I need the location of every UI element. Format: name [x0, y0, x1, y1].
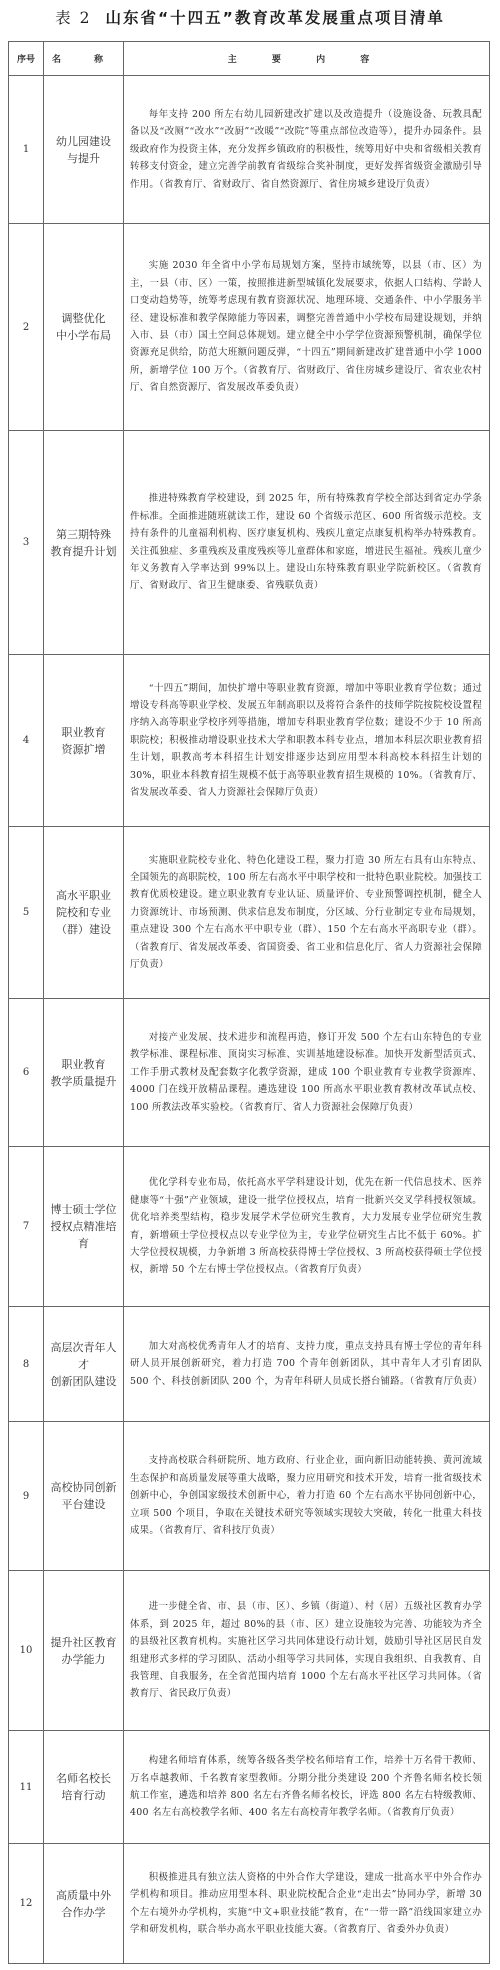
project-content-text: 对接产业发展、技术进步和流程再造，修订开发 500 个左右山东特色的专业教学标准…	[130, 1029, 482, 1116]
project-name-line: （群）建设	[46, 921, 121, 938]
project-content: 支持高校联合科研院所、地方政府、行业企业，面向新旧动能转换、黄河流域生态保护和高…	[124, 1422, 490, 1571]
project-name: 职业教育资源扩增	[44, 655, 124, 827]
table-label: 表 2	[55, 9, 91, 27]
table-row: 5高水平职业院校和专业（群）建设实施职业院校专业化、特色化建设工程，聚力打造 3…	[9, 827, 490, 999]
table-row: 1幼儿园建设与提升每年支持 200 所左右幼儿园新建改扩建以及改造提升（设施设备…	[9, 76, 490, 224]
project-content: 每年支持 200 所左右幼儿园新建改扩建以及改造提升（设施设备、玩教具配备以及“…	[124, 76, 490, 224]
project-name-line: 教学质量提升	[46, 1073, 121, 1090]
project-content-text: 支持高校联合科研院所、地方政府、行业企业，面向新旧动能转换、黄河流域生态保护和高…	[130, 1452, 482, 1539]
project-content-text: “十四五”期间，加快扩增中等职业教育资源，增加中等职业教育学位数；通过增设专科高…	[130, 680, 482, 802]
project-name-line: 幼儿园建设	[46, 133, 121, 150]
project-content: 构建名师培育体系，统筹各级各类学校名师培育工作，培养十万名骨干教师、万名卓越教师…	[124, 1731, 490, 1844]
project-name-line: 创新团队建设	[46, 1373, 121, 1390]
project-content-text: 实施职业院校专业化、特色化建设工程，聚力打造 30 所左右具有山东特点、全国领先…	[130, 852, 482, 974]
project-name: 职业教育教学质量提升	[44, 999, 124, 1147]
project-name-line: 高层次青年人才	[46, 1339, 121, 1373]
header-content: 主 要 内 容	[124, 42, 490, 76]
project-content-text: 推进特殊教育学校建设，到 2025 年，所有特殊教育学校全部达到省定办学条件标准…	[130, 490, 482, 594]
header-no: 序号	[9, 42, 44, 76]
project-name: 博士硕士学位授权点精准培育	[44, 1147, 124, 1307]
project-content: 加大对高校优秀青年人才的培育、支持力度，重点支持具有博士学位的青年科研人员开展创…	[124, 1307, 490, 1422]
table-row: 7博士硕士学位授权点精准培育优化学科专业布局，依托高水平学科建设计划，优先在新一…	[9, 1147, 490, 1307]
document-title: 表 2山东省“十四五”教育改革发展重点项目清单	[0, 6, 500, 28]
project-name-line: 高水平职业	[46, 887, 121, 904]
project-content: 实施职业院校专业化、特色化建设工程，聚力打造 30 所左右具有山东特点、全国领先…	[124, 827, 490, 999]
project-name: 调整优化中小学布局	[44, 224, 124, 431]
project-name: 高层次青年人才创新团队建设	[44, 1307, 124, 1422]
project-content: “十四五”期间，加快扩增中等职业教育资源，增加中等职业教育学位数；通过增设专科高…	[124, 655, 490, 827]
project-name-line: 职业教育	[46, 1056, 121, 1073]
project-content-text: 积极推进具有独立法人资格的中外合作大学建设，建成一批高水平中外合作办学机构和项目…	[130, 1869, 482, 1939]
project-name-line: 中小学布局	[46, 327, 121, 344]
project-name-line: 资源扩增	[46, 741, 121, 758]
project-name-line: 与提升	[46, 150, 121, 167]
row-number: 5	[9, 827, 44, 999]
project-name-line: 办学能力	[46, 1651, 121, 1668]
row-number: 6	[9, 999, 44, 1147]
project-content-text: 每年支持 200 所左右幼儿园新建改扩建以及改造提升（设施设备、玩教具配备以及“…	[130, 106, 482, 193]
table-row: 4职业教育资源扩增“十四五”期间，加快扩增中等职业教育资源，增加中等职业教育学位…	[9, 655, 490, 827]
project-name-line: 平台建设	[46, 1496, 121, 1513]
project-content: 进一步健全省、市、县（市、区）、乡镇（街道）、村（居）五级社区教育办学体系，到 …	[124, 1571, 490, 1731]
table-row: 6职业教育教学质量提升对接产业发展、技术进步和流程再造，修订开发 500 个左右…	[9, 999, 490, 1147]
project-name-line: 名师名校长	[46, 1770, 121, 1787]
project-content: 积极推进具有独立法人资格的中外合作大学建设，建成一批高水平中外合作办学机构和项目…	[124, 1844, 490, 1964]
project-content-text: 优化学科专业布局，依托高水平学科建设计划，优先在新一代信息技术、医养健康等“十强…	[130, 1174, 482, 1278]
table-header-row: 序号 名 称 主 要 内 容	[9, 42, 490, 76]
project-name: 名师名校长培育行动	[44, 1731, 124, 1844]
row-number: 7	[9, 1147, 44, 1307]
table-title: 山东省“十四五”教育改革发展重点项目清单	[105, 9, 444, 27]
table-row: 8高层次青年人才创新团队建设加大对高校优秀青年人才的培育、支持力度，重点支持具有…	[9, 1307, 490, 1422]
project-name: 提升社区教育办学能力	[44, 1571, 124, 1731]
row-number: 9	[9, 1422, 44, 1571]
project-content-text: 实施 2030 年全省中小学布局规划方案，坚持市域统筹，以县（市、区）为主，一县…	[130, 257, 482, 396]
row-number: 11	[9, 1731, 44, 1844]
project-content-text: 加大对高校优秀青年人才的培育、支持力度，重点支持具有博士学位的青年科研人员开展创…	[130, 1338, 482, 1390]
project-name-line: 合作办学	[46, 1904, 121, 1921]
project-name-line: 院校和专业	[46, 904, 121, 921]
project-name-line: 授权点精准培育	[46, 1218, 121, 1252]
row-number: 2	[9, 224, 44, 431]
project-name: 高水平职业院校和专业（群）建设	[44, 827, 124, 999]
table-row: 2调整优化中小学布局实施 2030 年全省中小学布局规划方案，坚持市域统筹，以县…	[9, 224, 490, 431]
row-number: 10	[9, 1571, 44, 1731]
project-name-line: 提升社区教育	[46, 1634, 121, 1651]
project-content-text: 构建名师培育体系，统筹各级各类学校名师培育工作，培养十万名骨干教师、万名卓越教师…	[130, 1752, 482, 1822]
project-name-line: 博士硕士学位	[46, 1201, 121, 1218]
project-table: 序号 名 称 主 要 内 容 1幼儿园建设与提升每年支持 200 所左右幼儿园新…	[8, 41, 490, 1964]
table-row: 10提升社区教育办学能力进一步健全省、市、县（市、区）、乡镇（街道）、村（居）五…	[9, 1571, 490, 1731]
project-name-line: 培育行动	[46, 1787, 121, 1804]
table-row: 11名师名校长培育行动构建名师培育体系，统筹各级各类学校名师培育工作，培养十万名…	[9, 1731, 490, 1844]
project-name-line: 高校协同创新	[46, 1479, 121, 1496]
row-number: 3	[9, 431, 44, 655]
project-name-line: 职业教育	[46, 724, 121, 741]
project-name: 高校协同创新平台建设	[44, 1422, 124, 1571]
row-number: 8	[9, 1307, 44, 1422]
table-row: 3第三期特殊教育提升计划推进特殊教育学校建设，到 2025 年，所有特殊教育学校…	[9, 431, 490, 655]
project-name-line: 第三期特殊	[46, 526, 121, 543]
table-row: 9高校协同创新平台建设支持高校联合科研院所、地方政府、行业企业，面向新旧动能转换…	[9, 1422, 490, 1571]
project-content: 优化学科专业布局，依托高水平学科建设计划，优先在新一代信息技术、医养健康等“十强…	[124, 1147, 490, 1307]
table-row: 12高质量中外合作办学积极推进具有独立法人资格的中外合作大学建设，建成一批高水平…	[9, 1844, 490, 1964]
project-content-text: 进一步健全省、市、县（市、区）、乡镇（街道）、村（居）五级社区教育办学体系，到 …	[130, 1598, 482, 1702]
header-name: 名 称	[44, 42, 124, 76]
project-name-line: 教育提升计划	[46, 543, 121, 560]
project-content: 实施 2030 年全省中小学布局规划方案，坚持市域统筹，以县（市、区）为主，一县…	[124, 224, 490, 431]
project-content: 推进特殊教育学校建设，到 2025 年，所有特殊教育学校全部达到省定办学条件标准…	[124, 431, 490, 655]
project-name: 幼儿园建设与提升	[44, 76, 124, 224]
project-name: 第三期特殊教育提升计划	[44, 431, 124, 655]
row-number: 4	[9, 655, 44, 827]
project-name: 高质量中外合作办学	[44, 1844, 124, 1964]
project-name-line: 调整优化	[46, 310, 121, 327]
row-number: 12	[9, 1844, 44, 1964]
row-number: 1	[9, 76, 44, 224]
project-content: 对接产业发展、技术进步和流程再造，修订开发 500 个左右山东特色的专业教学标准…	[124, 999, 490, 1147]
project-name-line: 高质量中外	[46, 1887, 121, 1904]
